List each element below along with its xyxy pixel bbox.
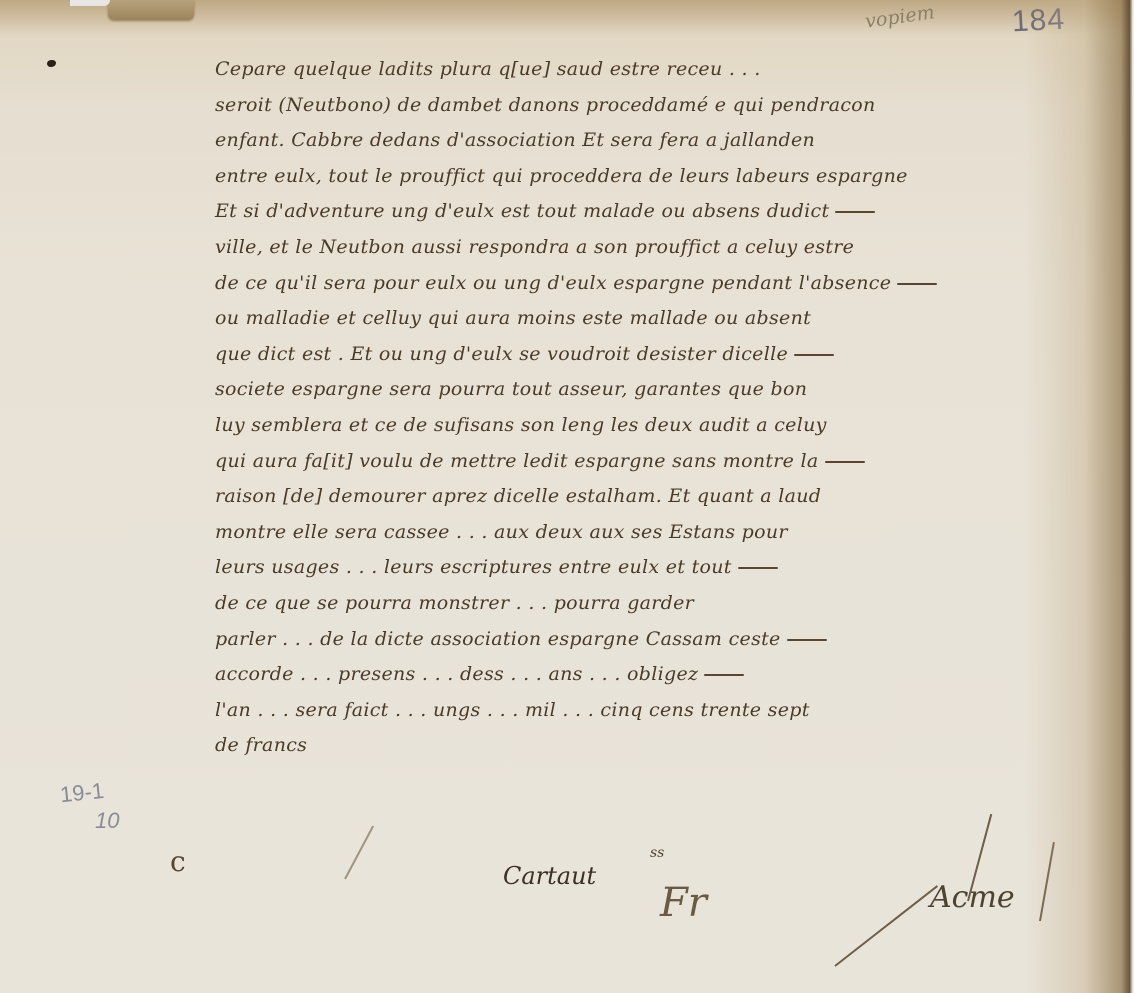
manuscript-line: leurs usages . . . leurs escriptures ent… (215, 550, 1115, 586)
line-flourish (897, 283, 937, 285)
ink-blot (47, 60, 56, 67)
margin-letter: c (170, 845, 186, 878)
manuscript-line: societe espargne sera pourra tout asseur… (215, 372, 1115, 408)
line-flourish (825, 461, 865, 463)
signature-stroke (834, 885, 938, 967)
manuscript-line: qui aura fa[it] voulu de mettre ledit es… (215, 444, 1115, 480)
manuscript-line: de ce que se pourra monstrer . . . pourr… (215, 586, 1115, 622)
pencil-margin-sub: 10 (95, 808, 119, 834)
signature-stroke (344, 826, 374, 880)
line-flourish (704, 674, 744, 676)
manuscript-line: montre elle sera cassee . . . aux deux a… (215, 515, 1115, 551)
line-flourish (794, 354, 834, 356)
manuscript-line: luy semblera et ce de sufisans son leng … (215, 408, 1115, 444)
manuscript-line: ville, et le Neutbon aussi respondra a s… (215, 230, 1115, 266)
manuscript-line: que dict est . Et ou ung d'eulx se voudr… (215, 337, 1115, 373)
manuscript-line: entre eulx, tout le prouffict qui proced… (215, 159, 1115, 195)
manuscript-line: parler . . . de la dicte association esp… (215, 622, 1115, 658)
signature-mark: Fr (660, 880, 707, 926)
manuscript-line: Cepare quelque ladits plura q[ue] saud e… (215, 52, 1115, 88)
manuscript-line: de ce qu'il sera pour eulx ou ung d'eulx… (215, 266, 1115, 302)
manuscript-line: l'an . . . sera faict . . . ungs . . . m… (215, 693, 1115, 729)
binding-tab (108, 0, 194, 20)
manuscript-line: Et si d'adventure ung d'eulx est tout ma… (215, 194, 1115, 230)
signature-cartaut: Cartaut (503, 862, 596, 890)
line-flourish (835, 211, 875, 213)
folio-number: 184 (1011, 3, 1066, 40)
manuscript-line: accorde . . . presens . . . dess . . . a… (215, 657, 1115, 693)
manuscript-line: de francs (215, 728, 1115, 764)
manuscript-line: ou malladie et celluy qui aura moins est… (215, 301, 1115, 337)
manuscript-text-block: Cepare quelque ladits plura q[ue] saud e… (215, 52, 1115, 764)
line-flourish (738, 567, 778, 569)
manuscript-line: raison [de] demourer aprez dicelle estal… (215, 479, 1115, 515)
manuscript-line: enfant. Cabbre dedans d'association Et s… (215, 123, 1115, 159)
manuscript-line: seroit (Neutbono) de dambet danons proce… (215, 88, 1115, 124)
signature-stroke (1039, 842, 1055, 921)
signature-superscript: ss (650, 845, 664, 861)
pencil-margin-number: 19-1 (59, 778, 106, 808)
manuscript-page: vopiem 184 Cepare quelque ladits plura q… (0, 0, 1134, 993)
line-flourish (787, 639, 827, 641)
